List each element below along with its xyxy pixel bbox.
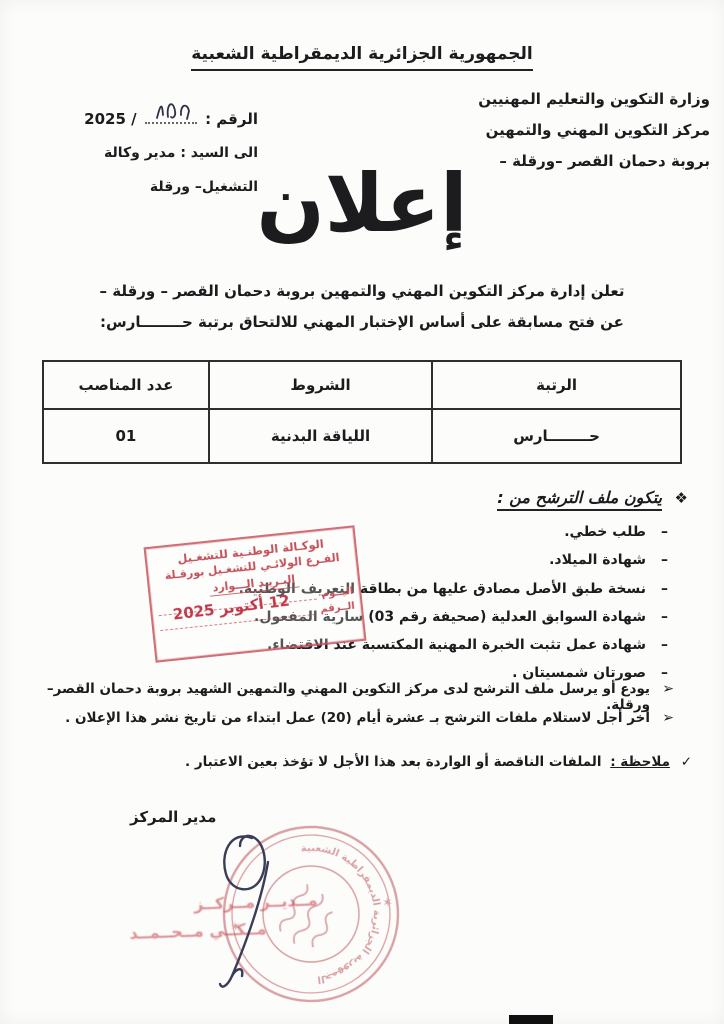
director-title: مدير المركز bbox=[130, 808, 216, 826]
dash-bullet-icon: – bbox=[646, 665, 668, 681]
intro-line-1: تعلن إدارة مركز التكوين المهني والتمهين … bbox=[30, 276, 694, 307]
submission-instructions: ➢ يودع أو يرسل ملف الترشح لدى مركز التكو… bbox=[0, 681, 674, 739]
list-item-text: طلب خطي. bbox=[564, 524, 646, 540]
dash-bullet-icon: – bbox=[646, 609, 668, 625]
scanned-announcement-page: الجمهورية الجزائرية الديمقراطية الشعبية … bbox=[0, 0, 724, 1024]
cell-positions: 01 bbox=[43, 409, 209, 463]
diamond-bullet-icon: ❖ bbox=[675, 489, 688, 507]
col-header-rank: الرتبة bbox=[432, 361, 681, 409]
instruction-text: أخر أجل لاستلام ملفات الترشح بـ عشرة أيا… bbox=[65, 710, 650, 726]
arrow-bullet-icon: ➢ bbox=[650, 681, 674, 697]
republic-title-text: الجمهورية الجزائرية الديمقراطية الشعبية bbox=[191, 44, 533, 71]
instruction-item: ➢ أخر أجل لاستلام ملفات الترشح بـ عشرة أ… bbox=[0, 710, 674, 739]
col-header-conditions: الشروط bbox=[209, 361, 432, 409]
scan-artifact-bar bbox=[509, 1015, 553, 1024]
note-text: الملفات الناقصة أو الواردة بعد هذا الأجل… bbox=[185, 754, 601, 770]
dash-bullet-icon: – bbox=[646, 581, 668, 597]
dash-bullet-icon: – bbox=[646, 637, 668, 653]
stamp-star-right-icon: ✶ bbox=[381, 895, 394, 912]
arrow-bullet-icon: ➢ bbox=[650, 710, 674, 726]
handwritten-number bbox=[151, 96, 195, 122]
file-section-heading-text: يتكون ملف الترشح من : bbox=[497, 488, 662, 511]
dash-bullet-icon: – bbox=[646, 524, 668, 540]
col-header-positions: عدد المناصب bbox=[43, 361, 209, 409]
page-title: إعلان bbox=[0, 148, 724, 260]
incoming-mail-stamp: الوكـالة الوطنـية للتشغـيل الفـرع الولائ… bbox=[144, 525, 367, 663]
note-line: ✓ ملاحظة : الملفات الناقصة أو الواردة بع… bbox=[185, 754, 692, 770]
republic-title: الجمهورية الجزائرية الديمقراطية الشعبية bbox=[0, 44, 724, 71]
handwritten-signature bbox=[192, 826, 322, 996]
intro-paragraph: تعلن إدارة مركز التكوين المهني والتمهين … bbox=[30, 276, 694, 338]
reference-number-line: الرقم : / 2025 bbox=[40, 102, 258, 136]
stamp-ref-label: الــرقم bbox=[320, 601, 356, 616]
instruction-text: يودع أو يرسل ملف الترشح لدى مركز التكوين… bbox=[0, 681, 650, 713]
cell-rank: حــــــــارس bbox=[432, 409, 681, 463]
list-item-text: صورتان شمسيتان . bbox=[512, 665, 646, 681]
center-line: مركز التكوين المهني والتمهين bbox=[478, 115, 710, 146]
ministry-line: وزارة التكوين والتعليم المهنيين bbox=[478, 84, 710, 115]
reference-label: الرقم : bbox=[205, 110, 258, 128]
vacancy-table: الرتبة الشروط عدد المناصب حــــــــارس ا… bbox=[42, 360, 682, 464]
table-row: حــــــــارس اللياقة البدنية 01 bbox=[43, 409, 681, 463]
note-label: ملاحظة : bbox=[610, 754, 670, 770]
dash-bullet-icon: – bbox=[646, 552, 668, 568]
reference-year: / 2025 bbox=[84, 110, 136, 128]
cell-condition: اللياقة البدنية bbox=[209, 409, 432, 463]
check-icon: ✓ bbox=[681, 754, 692, 770]
stamp-day-label: اليــوم bbox=[321, 586, 354, 600]
instruction-item: ➢ يودع أو يرسل ملف الترشح لدى مركز التكو… bbox=[0, 681, 674, 710]
file-section-heading: ❖ يتكون ملف الترشح من : bbox=[497, 488, 688, 507]
list-item-text: شهادة الميلاد. bbox=[549, 552, 646, 568]
table-header-row: الرتبة الشروط عدد المناصب bbox=[43, 361, 681, 409]
reference-dotted-line bbox=[145, 108, 197, 124]
intro-line-2: عن فتح مسابقة على أساس الإختبار المهني ل… bbox=[30, 307, 694, 338]
